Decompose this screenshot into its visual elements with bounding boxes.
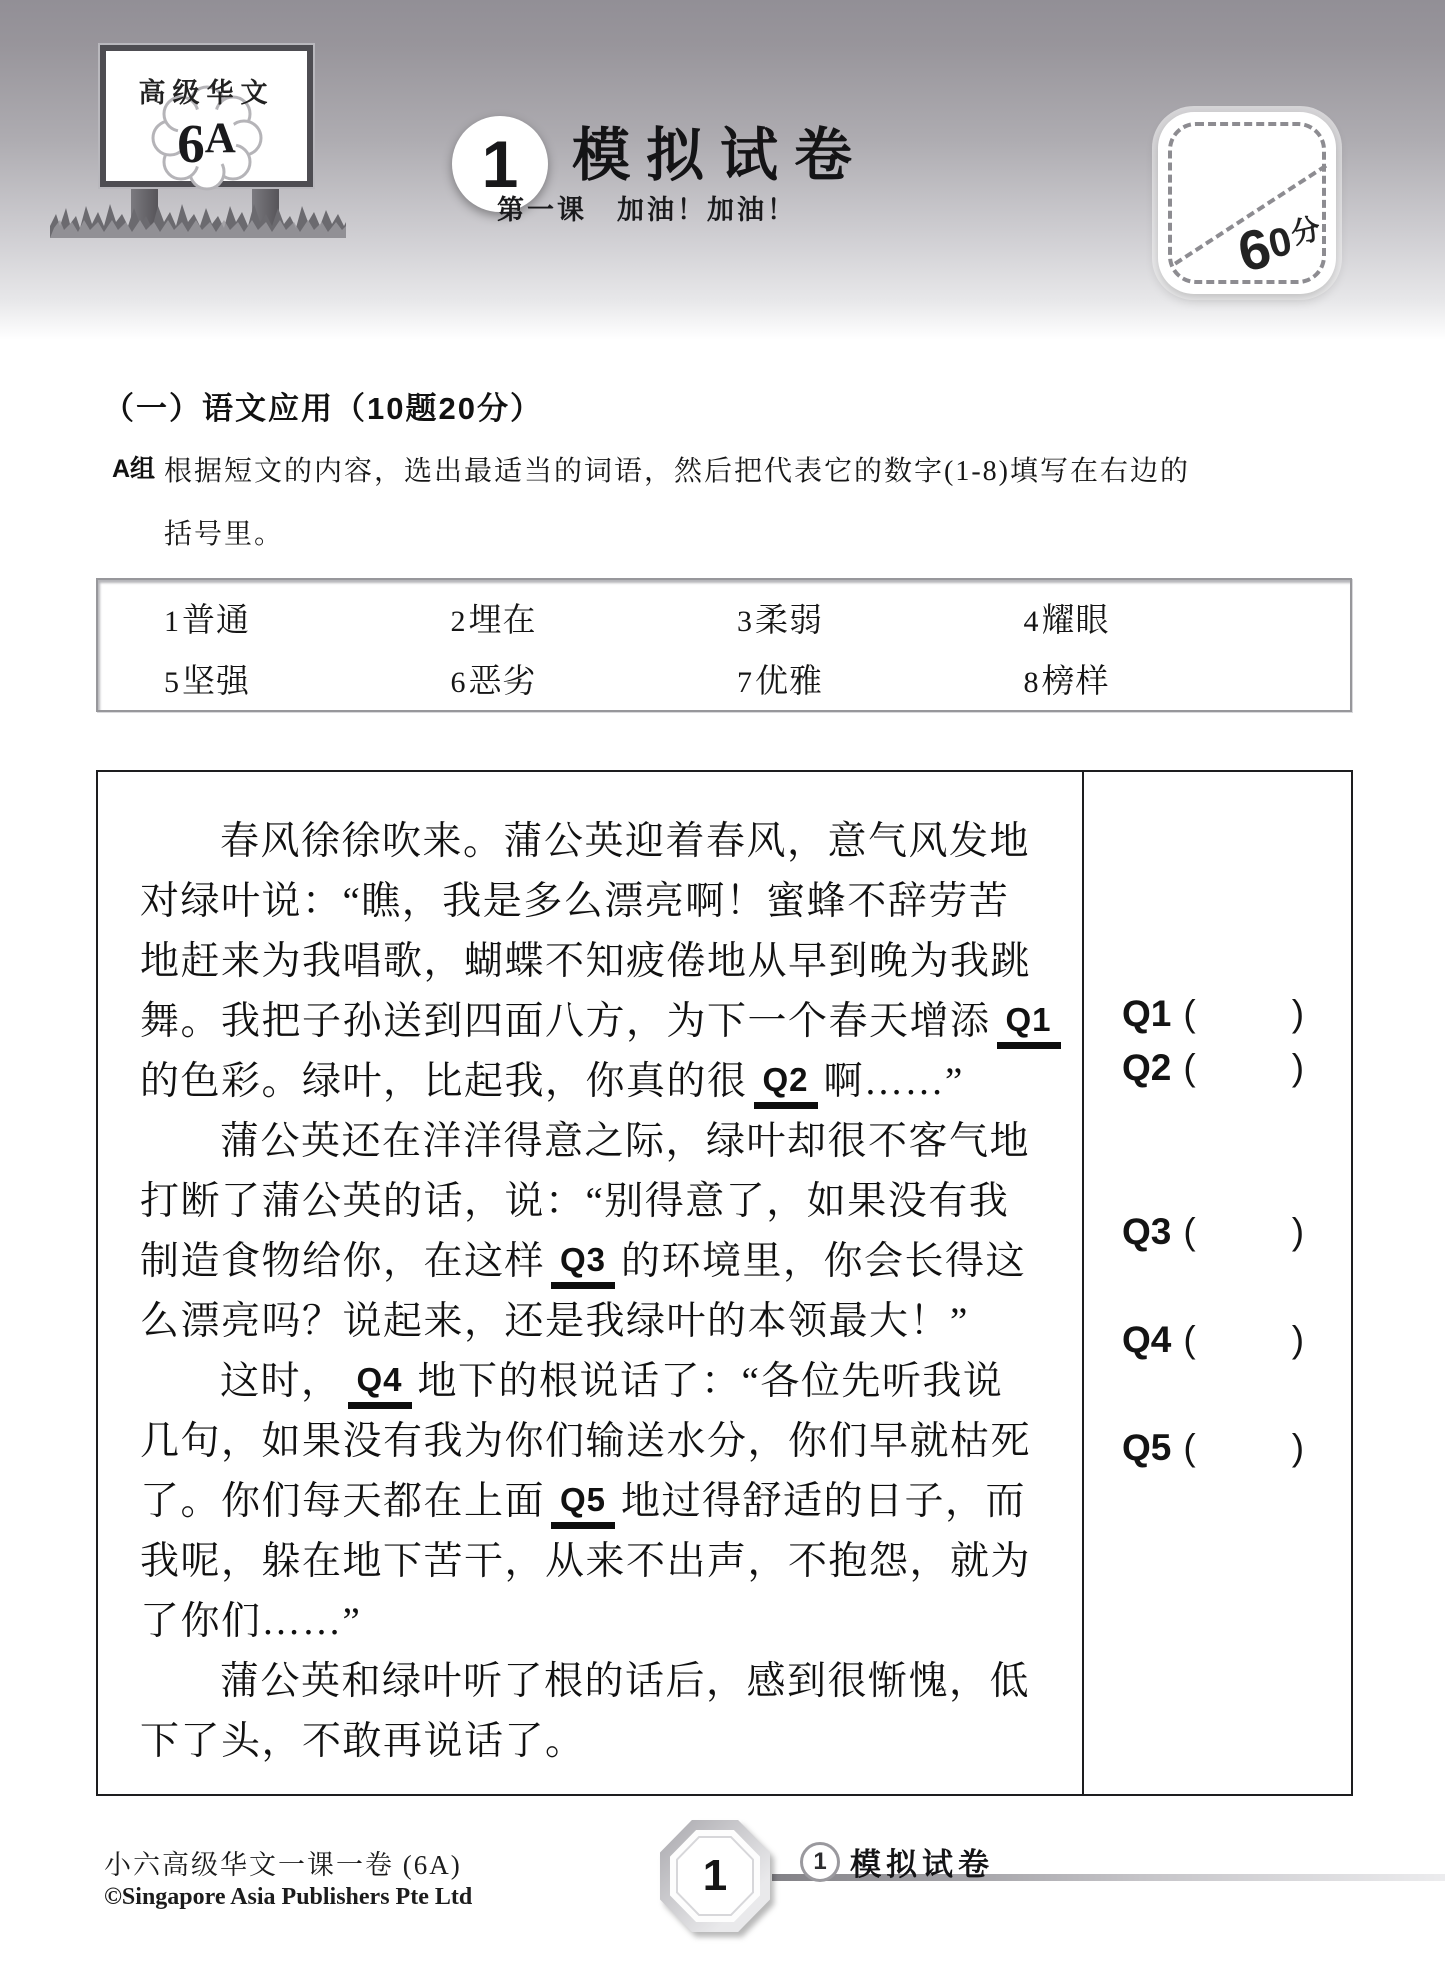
option-word: 埋在 [469,603,537,639]
passage-text: 春风徐徐吹来。蒲公英迎着春风，意气风发地对绿叶说：“瞧，我是多么漂亮啊！蜜蜂不辞… [140,812,1070,1772]
group-label: A组 [112,449,155,485]
passage-box: 春风徐徐吹来。蒲公英迎着春风，意气风发地对绿叶说：“瞧，我是多么漂亮啊！蜜蜂不辞… [96,770,1353,1796]
option-number: 4 [1024,605,1040,638]
grass-graphic [50,196,346,238]
passage-line: 春风徐徐吹来。蒲公英迎着春风，意气风发地 [140,812,1070,872]
option-word: 普通 [182,603,250,639]
score-badge: 60分 [1158,112,1336,294]
passage-line: 这时，Q4地下的根说话了：“各位先听我说 [140,1352,1070,1412]
question-blank-q4: Q4 [348,1359,412,1409]
passage-line: 几句，如果没有我为你们输送水分，你们早就枯死 [140,1412,1070,1472]
answer-row-q4: Q4() [1122,1318,1304,1362]
footer-chapter: 1 模拟试卷 [800,1839,994,1884]
score-unit: 分 [1288,213,1323,251]
option-item: 6恶劣 [451,655,738,702]
board-level: 6A [106,112,307,175]
page-title: 模拟试卷 [572,108,868,192]
question-blank-q2: Q2 [754,1059,818,1109]
instruction-line-1: 根据短文的内容，选出最适当的词语，然后把代表它的数字(1-8)填写在右边的 [164,440,1364,503]
option-number: 7 [737,666,753,699]
answer-paren-close: ) [1292,1427,1304,1468]
answer-row-q1: Q1() [1122,992,1304,1036]
option-number: 2 [451,605,467,638]
option-number: 1 [164,605,180,638]
answer-paren-close: ) [1292,1047,1304,1088]
answer-label: Q1 [1122,993,1171,1034]
footer-copyright: ©Singapore Asia Publishers Pte Ltd [104,1884,472,1911]
question-blank-q1: Q1 [997,999,1061,1049]
worksheet-page: 高级华文 6A 1 模拟试卷 第一课 加油！加油！ 60分 （一）语文应用（10… [0,0,1445,1974]
option-item: 7优雅 [737,655,1024,702]
question-blank-q5: Q5 [551,1479,615,1529]
answer-paren-open: ( [1183,1427,1195,1468]
passage-line: 地赶来为我唱歌，蝴蝶不知疲倦地从早到晚为我跳 [140,932,1070,992]
option-number: 8 [1024,666,1040,699]
instructions: 根据短文的内容，选出最适当的词语，然后把代表它的数字(1-8)填写在右边的 括号… [164,440,1364,566]
option-number: 3 [737,605,753,638]
passage-line: 对绿叶说：“瞧，我是多么漂亮啊！蜜蜂不辞劳苦 [140,872,1070,932]
option-word: 柔弱 [755,603,823,639]
board-subject: 高级华文 [106,71,307,110]
passage-line: 下了头，不敢再说话了。 [140,1712,1070,1772]
word-options-box: 1普通2埋在3柔弱4耀眼5坚强6恶劣7优雅8榜样 [96,578,1352,712]
passage-line: 么漂亮吗？说起来，还是我绿叶的本领最大！” [140,1292,1070,1352]
option-item: 3柔弱 [737,594,1024,641]
option-item: 2埋在 [451,594,738,641]
option-item: 8榜样 [1024,655,1311,702]
passage-line: 的色彩。绿叶，比起我，你真的很Q2啊……” [140,1052,1070,1112]
answer-paren-close: ) [1292,993,1304,1034]
answer-label: Q2 [1122,1047,1171,1088]
answer-row-q3: Q3() [1122,1210,1304,1254]
passage-divider-line [1082,772,1084,1794]
answer-label: Q4 [1122,1319,1171,1360]
passage-line: 打断了蒲公英的话，说：“别得意了，如果没有我 [140,1172,1070,1232]
chapter-number-circle: 1 [800,1842,840,1882]
lesson-subtitle: 第一课 加油！加油！ [497,188,797,227]
option-number: 5 [164,666,180,699]
chapter-title: 模拟试卷 [850,1839,994,1884]
option-item: 5坚强 [164,655,451,702]
answer-paren-open: ( [1183,1211,1195,1252]
board-level-number: 6 [177,113,205,174]
passage-line: 了。你们每天都在上面Q5地过得舒适的日子，而 [140,1472,1070,1532]
answer-label: Q3 [1122,1211,1171,1252]
footer-series-title: 小六高级华文一课一卷 (6A) [104,1843,462,1882]
signboard: 高级华文 6A [100,45,313,187]
answer-paren-open: ( [1183,1047,1195,1088]
option-word: 优雅 [755,664,823,700]
page-number: 1 [678,1838,752,1914]
passage-line: 制造食物给你，在这样Q3的环境里，你会长得这 [140,1232,1070,1292]
board-level-letter: A [205,115,236,162]
passage-line: 了你们……” [140,1592,1070,1652]
option-item: 4耀眼 [1024,594,1311,641]
option-word: 耀眼 [1042,603,1110,639]
question-blank-q3: Q3 [551,1239,615,1289]
page-number-badge: 1 [660,1820,770,1932]
answer-label: Q5 [1122,1427,1171,1468]
passage-line: 我呢，躲在地下苦干，从来不出声，不抱怨，就为 [140,1532,1070,1592]
answer-row-q2: Q2() [1122,1046,1304,1090]
option-word: 恶劣 [469,664,537,700]
passage-line: 蒲公英还在洋洋得意之际，绿叶却很不客气地 [140,1112,1070,1172]
answer-paren-open: ( [1183,993,1195,1034]
answer-row-q5: Q5() [1122,1426,1304,1470]
section-heading: （一）语文应用（10题20分） [103,383,543,428]
passage-line: 蒲公英和绿叶听了根的话后，感到很惭愧，低 [140,1652,1070,1712]
answer-paren-close: ) [1292,1211,1304,1252]
option-number: 6 [451,666,467,699]
instruction-line-2: 括号里。 [164,503,1364,566]
option-word: 榜样 [1042,664,1110,700]
option-item: 1普通 [164,594,451,641]
option-word: 坚强 [182,664,250,700]
answer-paren-close: ) [1292,1319,1304,1360]
answer-paren-open: ( [1183,1319,1195,1360]
passage-line: 舞。我把子孙送到四面八方，为下一个春天增添Q1 [140,992,1070,1052]
